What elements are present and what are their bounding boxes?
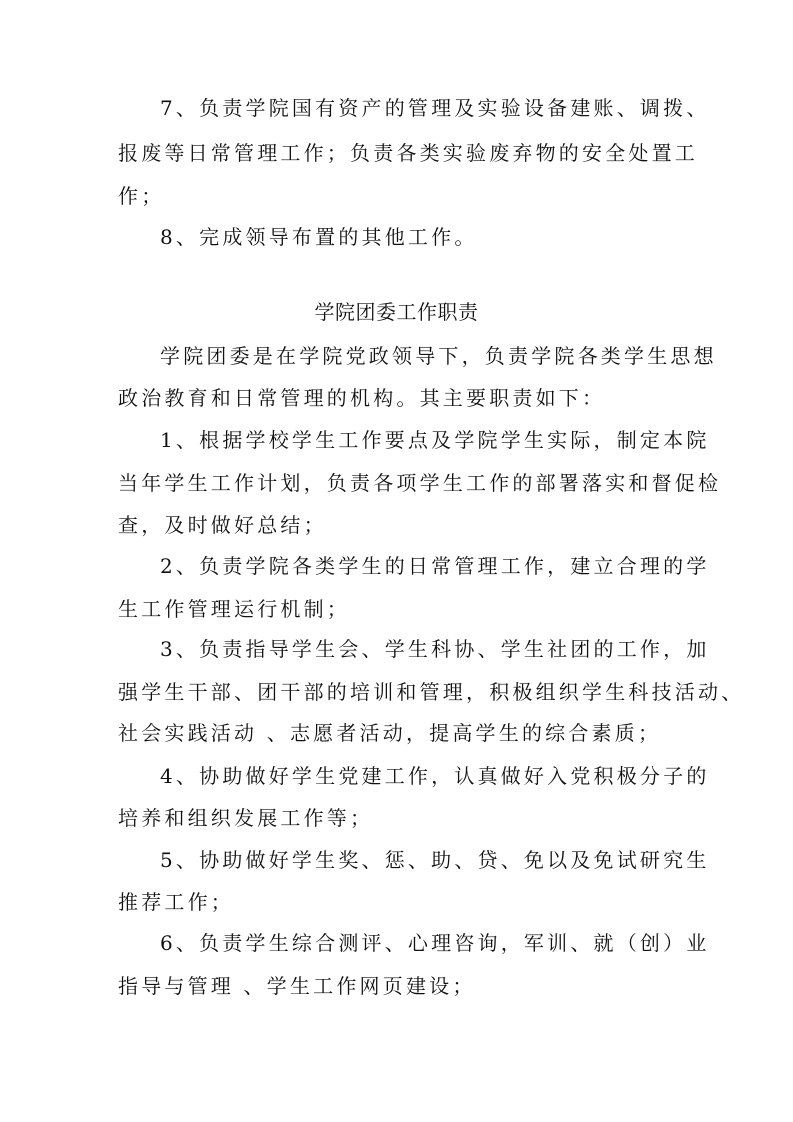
list-item-line: 强学生干部、团干部的培训和管理，积极组织学生科技活动、: [118, 679, 744, 705]
list-item-line: 1、根据学校学生工作要点及学院学生实际，制定本院: [160, 427, 710, 453]
list-item-line: 社会实践活动 、志愿者活动，提高学生的综合素质；: [118, 720, 661, 746]
list-item-line: 4、协助做好学生党建工作，认真做好入党积极分子的: [160, 763, 710, 789]
list-item-line: 6、负责学生综合测评、心理咨询，军训、就（创）业: [160, 930, 710, 956]
list-item-line: 查，及时做好总结；: [118, 512, 327, 538]
intro-line: 学院团委是在学院党政领导下，负责学院各类学生思想: [160, 343, 717, 369]
paragraph-line: 8、完成领导布置的其他工作。: [160, 224, 478, 250]
list-item-line: 2、负责学院各类学生的日常管理工作，建立合理的学: [160, 553, 710, 579]
paragraph-line: 作；: [118, 183, 164, 209]
section-title: 学院团委工作职责: [0, 299, 793, 325]
document-page: 7、负责学院国有资产的管理及实验设备建账、调拨、 报废等日常管理工作；负责各类实…: [0, 0, 793, 1122]
paragraph-line: 7、负责学院国有资产的管理及实验设备建账、调拨、: [160, 95, 710, 121]
list-item-line: 3、负责指导学生会、学生科协、学生社团的工作，加: [160, 636, 710, 662]
list-item-line: 培养和组织发展工作等；: [118, 805, 373, 831]
list-item-line: 指导与管理 、学生工作网页建设；: [118, 973, 476, 999]
list-item-line: 推荐工作；: [118, 889, 234, 915]
list-item-line: 5、协助做好学生奖、惩、助、贷、免以及免试研究生: [160, 847, 710, 873]
paragraph-line: 报废等日常管理工作；负责各类实验废弃物的安全处置工: [118, 140, 698, 166]
intro-line: 政治教育和日常管理的机构。其主要职责如下：: [118, 385, 605, 411]
list-item-line: 当年学生工作计划，负责各项学生工作的部署落实和督促检: [118, 470, 721, 496]
list-item-line: 生工作管理运行机制；: [118, 596, 350, 622]
